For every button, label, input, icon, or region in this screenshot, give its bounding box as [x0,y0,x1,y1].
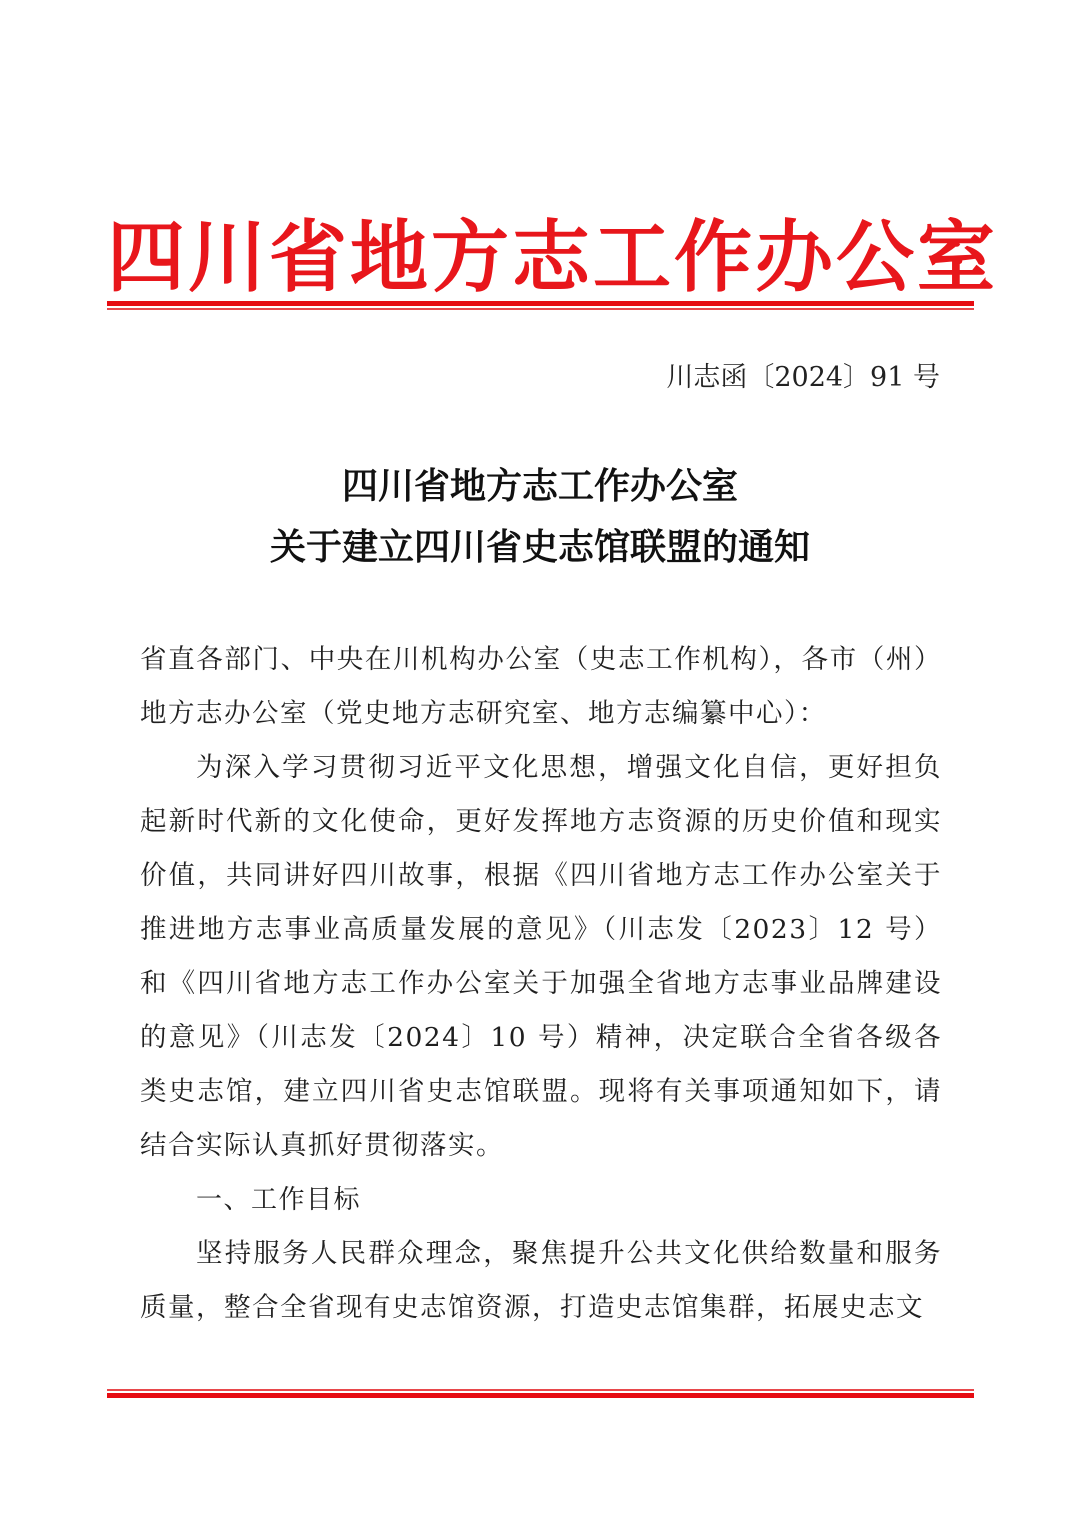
masthead-rule-thin [107,308,974,310]
footer-rule-thin [107,1389,974,1391]
paragraph-intro: 为深入学习贯彻习近平文化思想，增强文化自信，更好担负起新时代新的文化使命，更好发… [140,741,942,1173]
document-title-line-1: 四川省地方志工作办公室 [0,462,1080,510]
masthead-title: 四川省地方志工作办公室 [107,218,974,298]
document-number: 川志函〔2024〕91 号 [666,360,940,396]
masthead-rule-thick [107,301,974,306]
document-page: 四川省地方志工作办公室 川志函〔2024〕91 号 四川省地方志工作办公室 关于… [0,0,1080,1527]
paragraph-work-goals: 坚持服务人民群众理念，聚焦提升公共文化供给数量和服务质量，整合全省现有史志馆资源… [140,1227,942,1335]
document-title-line-2: 关于建立四川省史志馆联盟的通知 [0,523,1080,571]
document-body: 省直各部门、中央在川机构办公室（史志工作机构），各市（州）地方志办公室（党史地方… [140,633,942,1335]
footer-rule-thick [107,1393,974,1398]
addressee: 省直各部门、中央在川机构办公室（史志工作机构），各市（州）地方志办公室（党史地方… [140,633,942,741]
section-heading-work-goals: 一、工作目标 [140,1173,942,1227]
